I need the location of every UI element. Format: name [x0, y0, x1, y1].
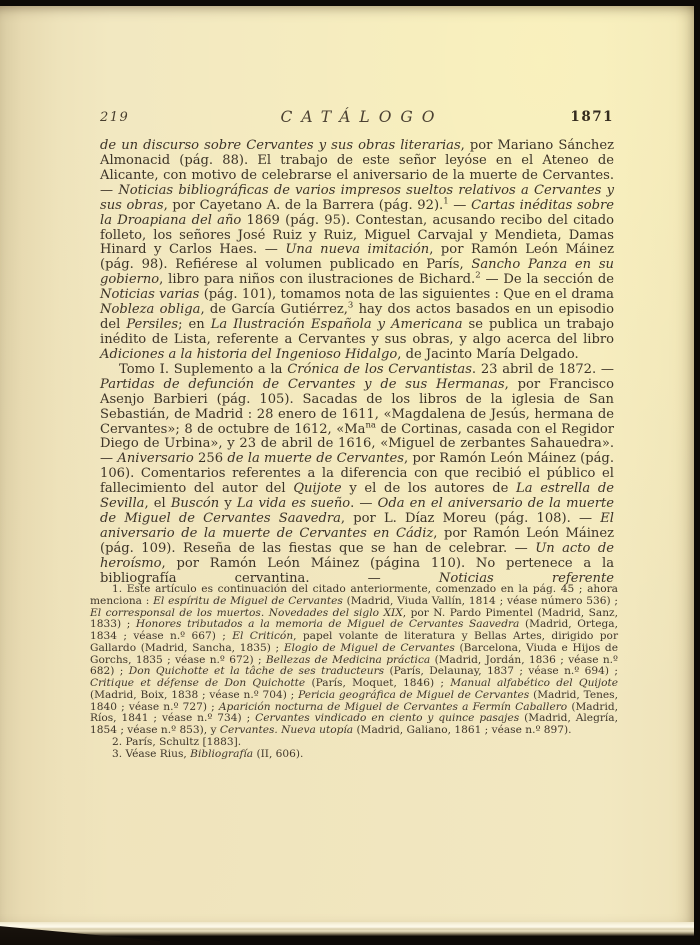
text-run: Cervantes vindicado en ciento y quince p… — [255, 712, 519, 724]
text-run: Don Quichotte et la tâche de ses traduct… — [129, 665, 384, 677]
text-run: (Madrid, Boix, 1838 ; véase n.º 704) ; — [90, 689, 298, 701]
running-head: 219 CATÁLOGO 1871 — [100, 108, 614, 128]
text-run: Elogio de Miguel de Cervantes — [284, 642, 455, 654]
text-run: Adiciones a la historia del Ingenioso Hi… — [100, 347, 397, 362]
text-run: El Criticón — [232, 630, 293, 642]
text-run: Noticias varias — [100, 287, 199, 302]
text-run: Critique et défense de Don Quichotte — [90, 677, 305, 689]
superscript-note-ref: na — [365, 420, 376, 430]
text-run: (II, 606). — [253, 748, 303, 760]
text-run: (París, Moquet, 1846) ; — [305, 677, 450, 689]
text-run: El espíritu de Miguel de Cervantes — [153, 595, 343, 607]
text-run: Partidas de defunción de Cervantes y de … — [100, 377, 505, 392]
text-run: Manual alfabético del Quijote — [450, 677, 618, 689]
text-run: , por L. Díaz Moreu (pág. 108). — — [341, 511, 600, 526]
text-run: de un discurso sobre Cervantes y sus obr… — [100, 138, 461, 153]
text-run: La vida es sueño — [237, 496, 350, 511]
text-run: 3. Véase Rius, — [112, 748, 190, 760]
text-run: (Madrid, Galiano, 1861 ; véase n.º 897). — [353, 724, 571, 736]
text-run: — De la sección de — [481, 272, 614, 287]
body-text: de un discurso sobre Cervantes y sus obr… — [100, 139, 614, 587]
text-run: 2. París, Schultz [1883]. — [112, 736, 241, 748]
body-paragraph-2: Tomo I. Suplemento a la Crónica de los C… — [100, 363, 614, 587]
text-run: Nobleza obliga — [100, 302, 200, 317]
running-title: CATÁLOGO — [281, 108, 444, 126]
text-run: , libro para niños con ilustraciones de … — [159, 272, 475, 287]
text-run: Crónica de los Cervantistas — [287, 362, 472, 377]
text-run: Persiles — [126, 317, 178, 332]
text-run: La Ilustración Española y Americana — [211, 317, 463, 332]
text-run: de la muerte de Cervantes — [227, 451, 404, 466]
text-run: Cervantes. Nueva utopía — [220, 724, 353, 736]
folio-number: 219 — [100, 110, 129, 125]
text-run: Aniversario — [117, 451, 193, 466]
text-run: Una nueva imitación — [285, 242, 429, 257]
text-run: — — [449, 198, 471, 213]
footnote-3: 3. Véase Rius, Bibliografía (II, 606). — [90, 749, 618, 761]
text-run: Bibliografía — [190, 748, 253, 760]
text-run: , el — [145, 496, 171, 511]
text-run: (París, Delaunay, 1837 ; véase n.º 694) … — [384, 665, 618, 677]
text-run: , de García Gutiérrez, — [200, 302, 347, 317]
text-run: , por Cayetano A. de la Barrera (pág. 92… — [164, 198, 444, 213]
book-page: 219 CATÁLOGO 1871 de un discurso sobre C… — [0, 6, 694, 922]
text-run: Tomo I. Suplemento a la — [119, 362, 287, 377]
text-run: . — — [350, 496, 377, 511]
text-run: 256 — [194, 451, 228, 466]
text-run: Honores tributados a la memoria de Migue… — [136, 618, 519, 630]
text-run: Quijote — [293, 481, 341, 496]
text-run: . 23 abril de 1872. — — [472, 362, 614, 377]
text-run: ; en — [178, 317, 211, 332]
text-run: Bellezas de Medicina práctica — [266, 654, 430, 666]
text-run: El corresponsal de los muertos. Novedade… — [90, 607, 403, 619]
body-paragraph-1: de un discurso sobre Cervantes y sus obr… — [100, 139, 614, 363]
text-run: y — [219, 496, 237, 511]
page-edge-stack — [0, 922, 694, 936]
footnote-1: 1. Este artículo es continuación del cit… — [90, 584, 618, 737]
text-run: Buscón — [171, 496, 219, 511]
text-run: (Madrid, Viuda Vallín, 1814 ; véase núme… — [343, 595, 618, 607]
text-run: y el de los autores de — [342, 481, 516, 496]
text-run: Aparición nocturna de Miguel de Cervante… — [219, 701, 567, 713]
text-run: Pericia geográfica de Miguel de Cervante… — [298, 689, 529, 701]
book-scan: 219 CATÁLOGO 1871 de un discurso sobre C… — [0, 0, 700, 945]
text-run: , de Jacinto María Delgado. — [397, 347, 578, 362]
year-number: 1871 — [570, 109, 614, 125]
footnotes: 1. Este artículo es continuación del cit… — [90, 584, 618, 760]
text-run: (pág. 101), tomamos nota de las siguient… — [199, 287, 614, 302]
